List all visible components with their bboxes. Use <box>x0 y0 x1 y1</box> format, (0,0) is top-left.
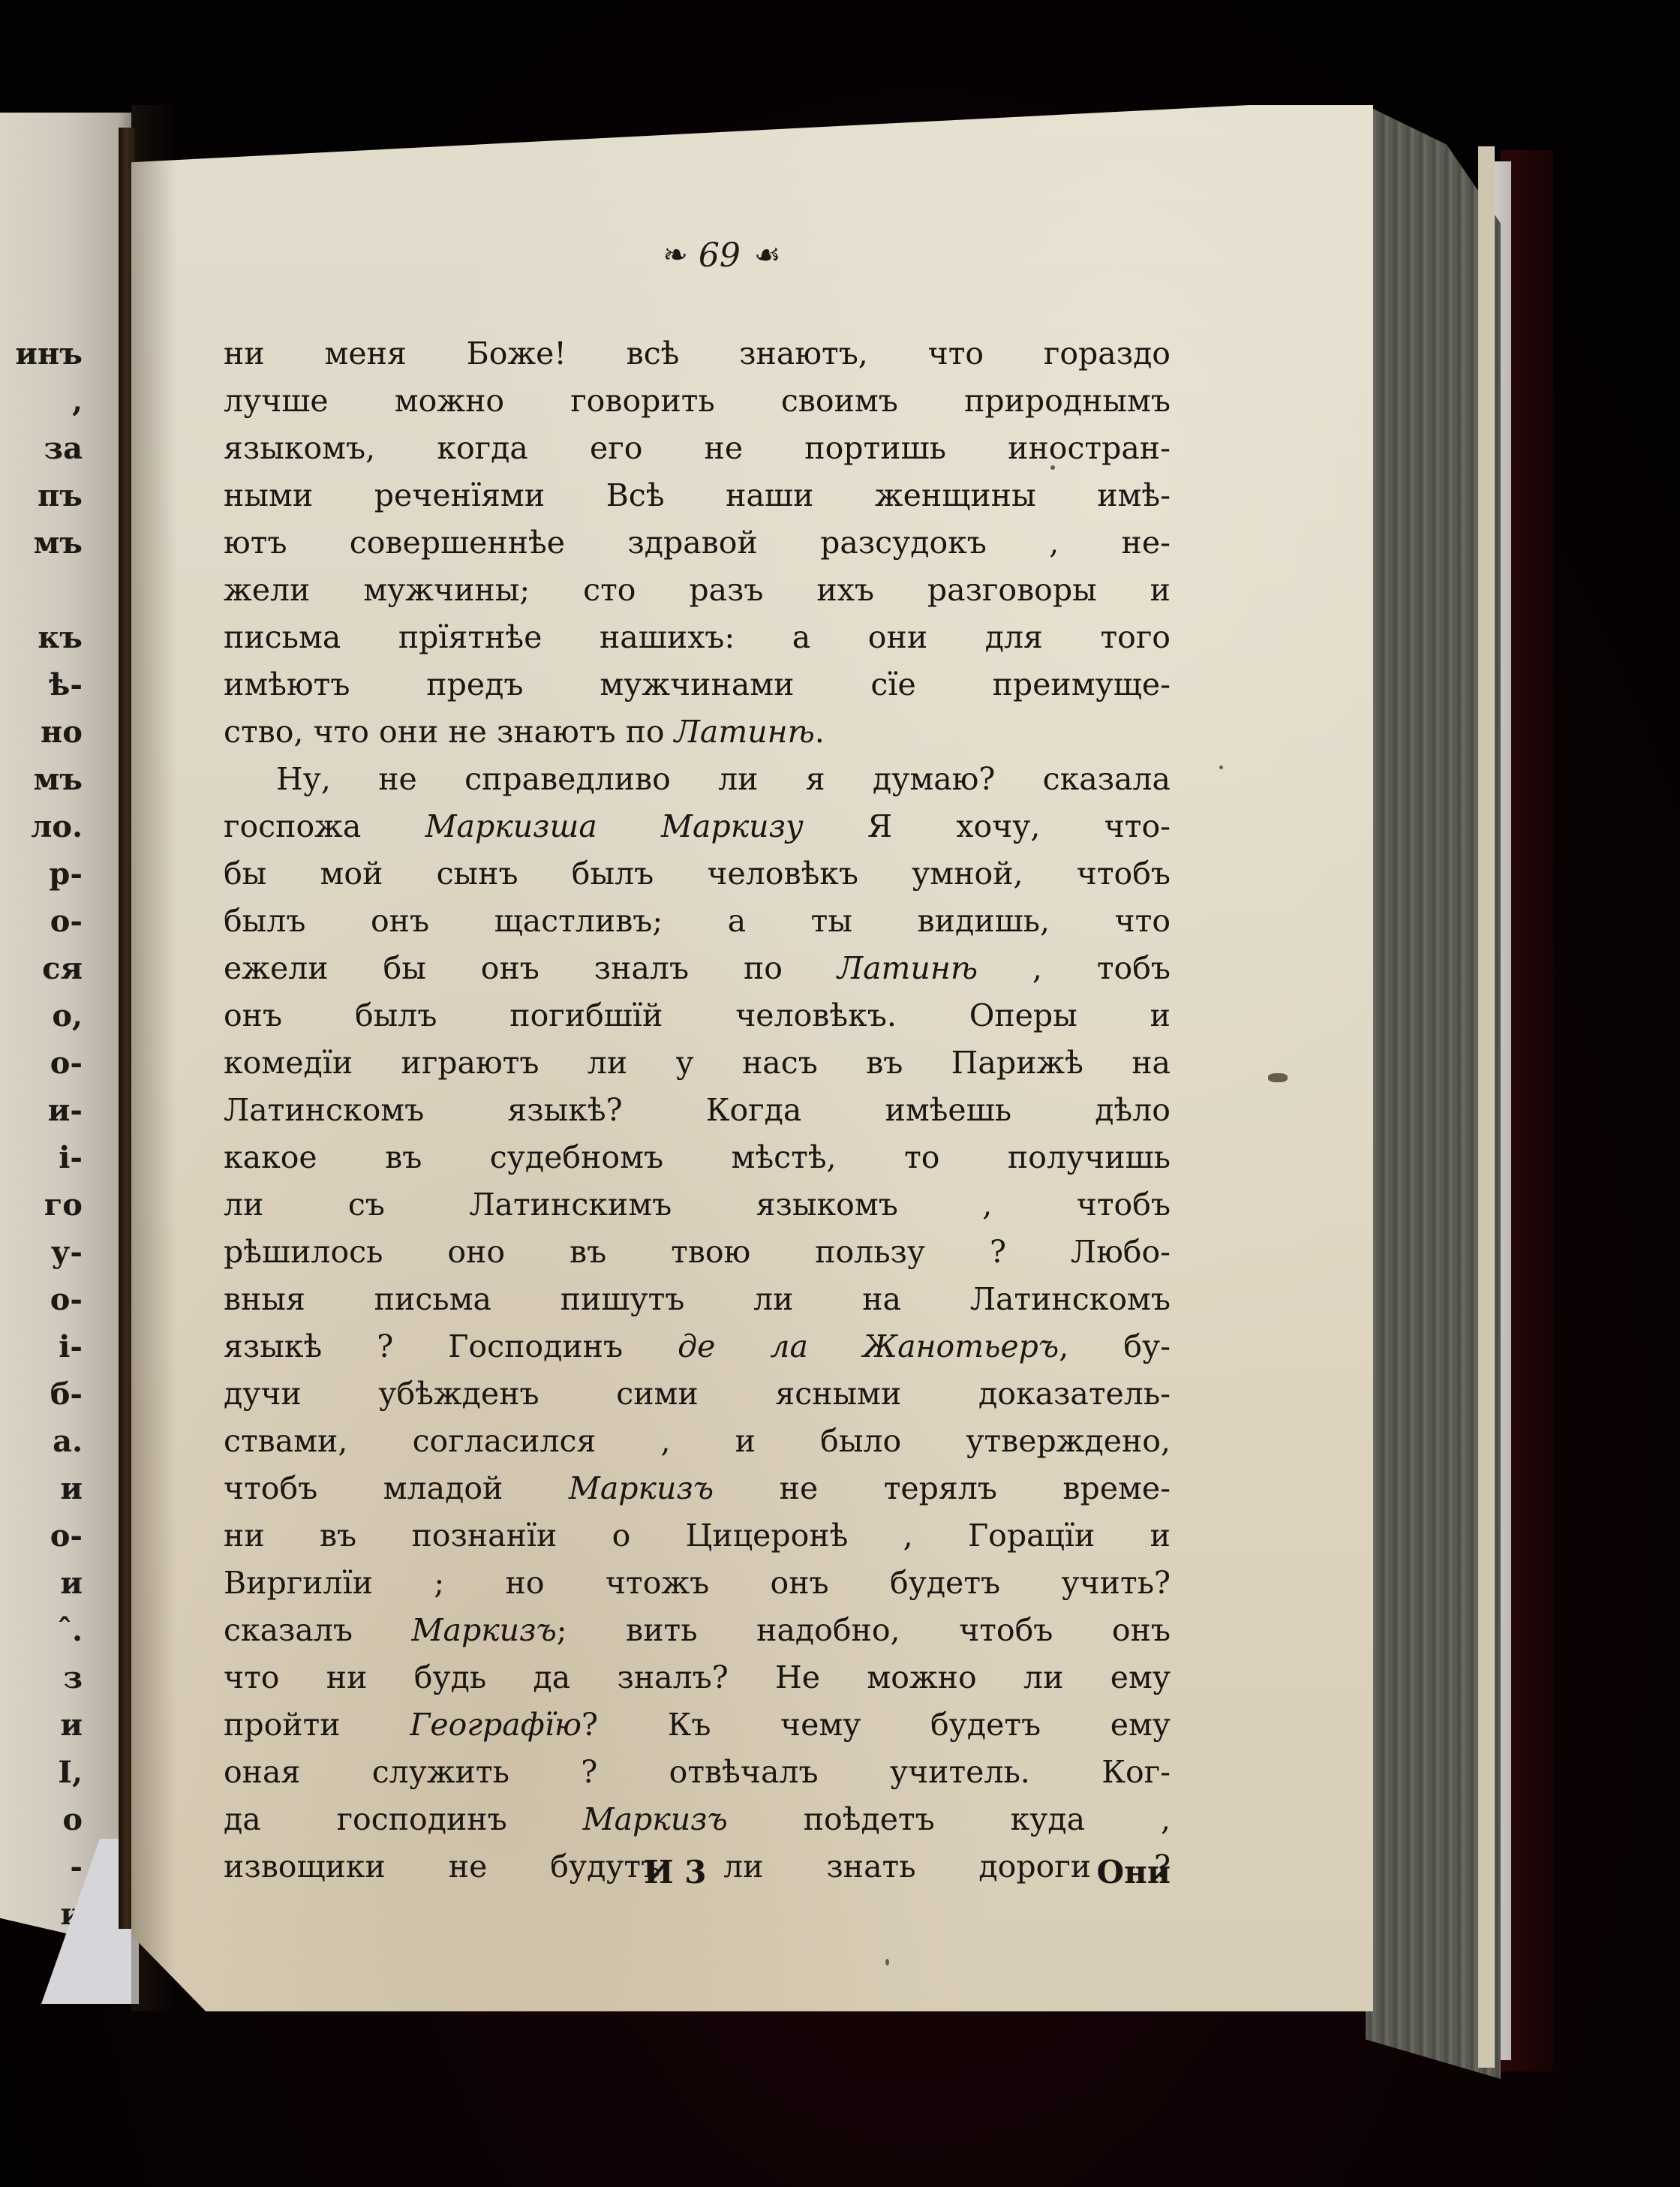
left-page-fragment: мъ <box>0 756 83 803</box>
text-line: чтобъ младой Маркизъ не терялъ време- <box>224 1465 1171 1512</box>
paper-stain <box>1268 1073 1288 1082</box>
text-line: пройти Географїю? Къ чему будетъ ему <box>224 1701 1171 1749</box>
left-page-fragment: і- <box>0 1134 83 1181</box>
text-line: ютъ совершеннѣе здравой разсудокъ , не- <box>224 519 1171 567</box>
text-line: ными реченїями Всѣ наши женщины имѣ- <box>224 472 1171 519</box>
text-line-content: комедїи играютъ ли у насъ въ Парижѣ на <box>224 1045 1171 1081</box>
left-page-fragment: о- <box>0 898 83 945</box>
left-page-fragment: ся <box>0 945 83 992</box>
text-line-content: чтобъ младой <box>224 1470 569 1506</box>
left-page-fragment: мъ <box>0 519 83 567</box>
text-line: ни меня Боже! всѣ знаютъ, что гораздо <box>224 330 1171 378</box>
italic-proper-noun: Латинѣ <box>837 950 978 986</box>
text-line-content: ство, что они не знаютъ по <box>224 714 675 750</box>
text-line: Виргилїи ; но чтожъ онъ будетъ учить? <box>224 1560 1171 1607</box>
left-page-fragment: і- <box>0 1323 83 1370</box>
text-line-content: былъ онъ щастливъ; а ты видишь, что <box>224 903 1171 939</box>
text-line-content: . <box>815 714 825 750</box>
left-page-fragment: о <box>0 1796 83 1843</box>
text-line: оная служить ? отвѣчалъ учитель. Ког- <box>224 1749 1171 1796</box>
left-page-fragment: о- <box>0 1512 83 1560</box>
italic-proper-noun: де ла Жанотьеръ <box>678 1328 1059 1364</box>
text-line: онъ былъ погибшїй человѣкъ. Оперы и <box>224 992 1171 1039</box>
signature-mark: И 3 <box>644 1854 707 1891</box>
text-line: Ну, не справедливо ли я думаю? сказала <box>224 756 1171 803</box>
text-line: что ни будь да зналъ? Не можно ли ему <box>224 1654 1171 1701</box>
italic-proper-noun: Латинѣ <box>675 714 815 750</box>
left-page-fragment: - <box>0 1843 83 1891</box>
text-line-content: жели мужчины; сто разъ ихъ разговоры и <box>224 572 1171 608</box>
running-header: ❧ 69 ☙ <box>585 233 855 278</box>
text-line: госпожа Маркизша Маркизу Я хочу, что- <box>224 803 1171 850</box>
left-page-fragment: о- <box>0 1039 83 1087</box>
text-line-content: ными реченїями Всѣ наши женщины имѣ- <box>224 477 1171 513</box>
text-line-content: ; вить надобно, чтобъ онъ <box>557 1612 1171 1648</box>
left-page-fragment: за <box>0 425 83 472</box>
text-line-content: ствами, согласился , и было утверждено, <box>224 1423 1171 1459</box>
left-page-fragment: къ <box>0 614 83 661</box>
left-page-fragment: ˆ. <box>0 1607 83 1654</box>
text-line-content: ютъ совершеннѣе здравой разсудокъ , не- <box>224 525 1171 561</box>
left-page-fragment <box>0 567 83 614</box>
text-line: ство, что они не знаютъ по Латинѣ. <box>224 708 1171 756</box>
text-line-content: ежели бы онъ зналъ по <box>224 950 837 986</box>
text-line-content: рѣшилось оно въ твою пользу ? Любо- <box>224 1234 1171 1270</box>
text-line-content: ни въ познанїи о Цицеронѣ , Горацїи и <box>224 1518 1171 1554</box>
left-page-fragment: ѣ- <box>0 661 83 708</box>
text-line-content: не терялъ време- <box>714 1470 1171 1506</box>
left-page-fragment: з <box>0 1654 83 1701</box>
text-line-content: пройти <box>224 1707 410 1743</box>
text-line: да господинъ Маркизъ поѣдетъ куда , <box>224 1796 1171 1843</box>
left-page-fragment: го <box>0 1181 83 1229</box>
text-line-content: ни меня Боже! всѣ знаютъ, что гораздо <box>224 335 1171 372</box>
italic-proper-noun: Маркизъ <box>569 1470 714 1506</box>
left-page-fragment: а. <box>0 1418 83 1465</box>
left-page-fragment: , <box>0 378 83 425</box>
left-page-fragment: и <box>0 1701 83 1749</box>
ornament-right-icon: ☙ <box>754 238 778 272</box>
text-line-content: Виргилїи ; но чтожъ онъ будетъ учить? <box>224 1565 1171 1601</box>
text-line: былъ онъ щастливъ; а ты видишь, что <box>224 898 1171 945</box>
text-line: лучше можно говорить своимъ природнымъ <box>224 378 1171 425</box>
text-line-content: имѣютъ предъ мужчинами сїе преимуще- <box>224 666 1171 702</box>
text-line: жели мужчины; сто разъ ихъ разговоры и <box>224 567 1171 614</box>
text-line-content: сказалъ <box>224 1612 412 1648</box>
text-line-content: да господинъ <box>224 1801 583 1837</box>
paper-speck <box>1219 766 1223 769</box>
text-line-content: онъ былъ погибшїй человѣкъ. Оперы и <box>224 997 1171 1033</box>
text-line: языкомъ, когда его не портишь иностран- <box>224 425 1171 472</box>
italic-proper-noun: Географїю <box>410 1707 582 1743</box>
text-line-content: что ни будь да зналъ? Не можно ли ему <box>224 1659 1171 1695</box>
body-text: ни меня Боже! всѣ знаютъ, что гораздолуч… <box>224 330 1171 1891</box>
left-page-fragment: о, <box>0 992 83 1039</box>
text-line: ежели бы онъ зналъ по Латинѣ , тобъ <box>224 945 1171 992</box>
text-line: комедїи играютъ ли у насъ въ Парижѣ на <box>224 1039 1171 1087</box>
text-line-content: языкѣ ? Господинъ <box>224 1328 678 1364</box>
text-line: письма прїятнѣе нашихъ: а они для того <box>224 614 1171 661</box>
page-number: 69 <box>699 236 741 275</box>
text-line: дучи убѣжденъ сими ясными доказатель- <box>224 1370 1171 1418</box>
text-line: сказалъ Маркизъ; вить надобно, чтобъ онъ <box>224 1607 1171 1654</box>
italic-proper-noun: Маркизша Маркизу <box>425 808 804 844</box>
paper-speck <box>885 1959 889 1966</box>
left-page-line-fragments: инъ,запъмъкъѣ-номъло.р-о-сяо,о-и-і-гоу-о… <box>0 330 83 1938</box>
text-line-content: ? Къ чему будетъ ему <box>582 1707 1171 1743</box>
left-page-fragment: ло. <box>0 803 83 850</box>
text-line: языкѣ ? Господинъ де ла Жанотьеръ, бу- <box>224 1323 1171 1370</box>
text-line: ствами, согласился , и было утверждено, <box>224 1418 1171 1465</box>
text-line-content: Ну, не справедливо ли я думаю? сказала <box>276 761 1171 797</box>
text-line-content: Латинскомъ языкѣ? Когда имѣешь дѣло <box>224 1092 1171 1128</box>
text-line-content: какое въ судебномъ мѣстѣ, то получишь <box>224 1139 1171 1175</box>
left-page-fragment: пъ <box>0 472 83 519</box>
text-line-content: бы мой сынъ былъ человѣкъ умной, чтобъ <box>224 856 1171 892</box>
text-line-content: , тобъ <box>978 950 1171 986</box>
left-page-fragment: б- <box>0 1370 83 1418</box>
text-line-content: оная служить ? отвѣчалъ учитель. Ког- <box>224 1754 1171 1790</box>
left-page-fragment: у- <box>0 1229 83 1276</box>
text-line-content: госпожа <box>224 808 425 844</box>
text-line: Латинскомъ языкѣ? Когда имѣешь дѣло <box>224 1087 1171 1134</box>
text-line-content: вныя письма пишутъ ли на Латинскомъ <box>224 1281 1171 1317</box>
left-page-fragment: о- <box>0 1276 83 1323</box>
text-line: вныя письма пишутъ ли на Латинскомъ <box>224 1276 1171 1323</box>
left-page-fragment: и <box>0 1560 83 1607</box>
left-page-fragment: но <box>0 708 83 756</box>
text-line-content: ли съ Латинскимъ языкомъ , чтобъ <box>224 1187 1171 1223</box>
text-line-content: языкомъ, когда его не портишь иностран- <box>224 430 1171 466</box>
text-line: какое въ судебномъ мѣстѣ, то получишь <box>224 1134 1171 1181</box>
text-line-content: , бу- <box>1059 1328 1171 1364</box>
text-line-content: поѣдетъ куда , <box>728 1801 1171 1837</box>
left-page-fragment: и <box>0 1465 83 1512</box>
text-line: рѣшилось оно въ твою пользу ? Любо- <box>224 1229 1171 1276</box>
page-block-last-leaf <box>1478 146 1495 2068</box>
text-line: бы мой сынъ былъ человѣкъ умной, чтобъ <box>224 850 1171 898</box>
left-page-fragment: и- <box>0 1087 83 1134</box>
italic-proper-noun: Маркизъ <box>583 1801 728 1837</box>
text-line: ни въ познанїи о Цицеронѣ , Горацїи и <box>224 1512 1171 1560</box>
left-page: инъ,запъмъкъѣ-номъло.р-о-сяо,о-и-і-гоу-о… <box>0 113 131 1936</box>
text-line-content: Я хочу, что- <box>804 808 1171 844</box>
catchword: Они <box>1097 1854 1171 1891</box>
text-line-content: лучше можно говорить своимъ природнымъ <box>224 383 1171 419</box>
text-line-content: дучи убѣжденъ сими ясными доказатель- <box>224 1376 1171 1412</box>
page-footer: И 3 Они <box>224 1854 1171 1906</box>
italic-proper-noun: Маркизъ <box>412 1612 557 1648</box>
text-line-content: письма прїятнѣе нашихъ: а они для того <box>224 619 1171 655</box>
left-page-fragment: I, <box>0 1749 83 1796</box>
left-page-fragment: р- <box>0 850 83 898</box>
page-curve-shadow <box>131 105 176 2011</box>
text-line: ли съ Латинскимъ языкомъ , чтобъ <box>224 1181 1171 1229</box>
left-page-fragment: инъ <box>0 330 83 378</box>
text-line: имѣютъ предъ мужчинами сїе преимуще- <box>224 661 1171 708</box>
ornament-left-icon: ❧ <box>663 238 685 272</box>
